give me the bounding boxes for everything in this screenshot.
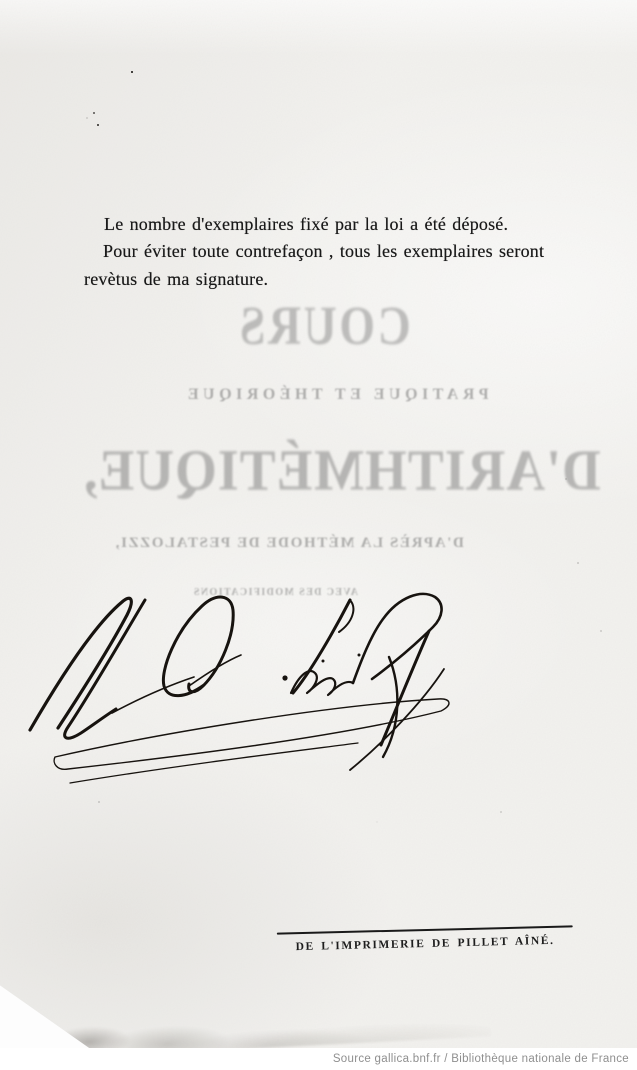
notice-line-2: Pour éviter toute contrefaçon , tous les… — [103, 241, 544, 262]
ink-specks — [0, 0, 2, 2]
gallica-source-bar: Source gallica.bnf.fr / Bibliothèque nat… — [0, 1048, 637, 1070]
bleed-line-pratique: PRATIQUE ET THÉORIQUE — [160, 387, 512, 403]
bleed-line-pestalozzi: D'APRÈS LA MÉTHODE DE PESTALOZZI, — [113, 536, 465, 551]
notice-line-3: revètus de ma signature. — [84, 269, 268, 290]
handwritten-signature — [10, 585, 470, 790]
notice-line-1: Le nombre d'exemplaires fixé par la loi … — [104, 214, 508, 235]
bleed-line-cours: COURS — [236, 300, 412, 355]
bleed-line-arithmetique: D'ARITHMÉTIQUE, — [71, 442, 612, 500]
paper-background — [0, 0, 637, 1048]
source-attribution-text: Source gallica.bnf.fr / Bibliothèque nat… — [333, 1053, 637, 1065]
scanned-book-page: Le nombre d'exemplaires fixé par la loi … — [0, 0, 637, 1070]
